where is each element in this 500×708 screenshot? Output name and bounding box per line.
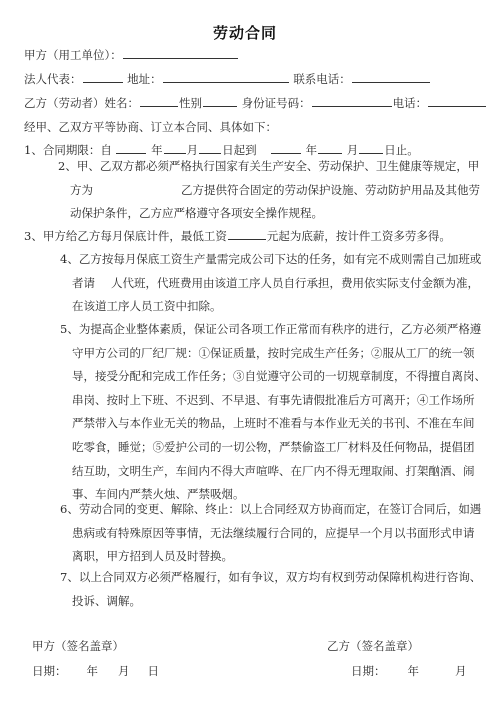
clause-4-line: 者请 (72, 276, 95, 290)
party-b-label: 乙方（劳动者）姓名： (24, 96, 139, 110)
clause-7: 7、以上合同双方必须严格履行，如有争议，双方均有权到劳动保障机构进行咨询、 投诉… (60, 566, 481, 613)
gender-field[interactable] (203, 95, 237, 107)
clause-3-prefix: 3、甲方给乙方每月保底计件，最低工资 (24, 229, 227, 243)
party-a-signature-label: 甲方（签名盖章） (32, 638, 124, 654)
party-b-phone-label: 电话： (393, 96, 428, 110)
legal-rep-line: 法人代表： 地址： 联系电话： (24, 71, 431, 87)
party-b-signature-label: 乙方（签名盖章） (327, 638, 419, 654)
intro-text: 经甲、乙双方平等协商、订立本合同、具体如下： (24, 119, 277, 135)
start-month-field[interactable] (164, 142, 186, 154)
start-year-field[interactable] (116, 142, 146, 154)
clause-2: 2、甲、乙双方都必须严格执行国家有关生产安全、劳动保护、卫生健康等规定，甲 方为… (58, 155, 480, 226)
party-a-month-label: 月 (118, 664, 130, 678)
clause-5-line: 5、为提高企业整体素质，保证公司各项工作正常而有秩序的进行，乙方必须严格遵 (60, 318, 486, 342)
party-b-line: 乙方（劳动者）姓名：性别 身份证号码：电话： (24, 95, 487, 111)
legal-rep-field[interactable] (83, 71, 123, 83)
clause-3-suffix: 元起为底薪，按计件工资多劳多得。 (267, 229, 451, 243)
clause-2-line: 2、甲、乙双方都必须严格执行国家有关生产安全、劳动保护、卫生健康等规定，甲 (58, 155, 480, 179)
id-number-label: 身份证号码： (242, 96, 311, 110)
party-b-month-label: 月 (455, 664, 467, 678)
clause-6-line: 患病或有特殊原因等事情，无法继续履行合同的，应提早一个月以书面形式申请 (60, 522, 481, 546)
clause-4-line: 人代班，代班费用由该道工序人员自行承担，费用依实际支付金额为准， (111, 276, 479, 290)
min-wage-field[interactable] (228, 228, 266, 240)
clause-5-line: 串岗、按时上下班、不迟到、不早退、有事先请假批准后方可离开；④工作场所 (60, 389, 486, 413)
party-a-name-field[interactable] (123, 47, 238, 59)
contract-page: 劳动合同 甲方（用工单位）： 法人代表： 地址： 联系电话： 乙方（劳动者）姓名… (0, 0, 500, 708)
id-number-field[interactable] (312, 95, 392, 107)
party-b-date-line[interactable]: 日期：年月 (351, 663, 467, 679)
clause-5-line: 严禁带入与本作业无关的物品，上班时不准看与本作业无关的书刊、不准在车间 (60, 412, 486, 436)
clause-2-line: 动保护条件，乙方应严格遵守各项安全操作规程。 (58, 202, 480, 226)
clause-7-line: 7、以上合同双方必须严格履行，如有争议，双方均有权到劳动保障机构进行咨询、 (60, 566, 481, 590)
clause-6: 6、劳动合同的变更、解除、终止：以上合同经双方协商而定，在签订合同后，如遇 患病… (60, 498, 481, 569)
clause-4: 4、乙方按每月保底工资生产量需完成公司下达的任务，如有完不成则需自己加班或 者请… (60, 248, 481, 319)
clause-4-line: 在该道工序人员工资中扣除。 (60, 295, 481, 319)
party-a-year-label: 年 (87, 664, 99, 678)
gender-label: 性别 (179, 96, 202, 110)
legal-rep-label: 法人代表： (24, 72, 82, 86)
clause-7-line: 投诉、调解。 (60, 590, 481, 614)
clause-5-line: 结互助，文明生产，车间内不得大声喧哗、在厂内不得无理取闹、打架酗酒、闹 (60, 460, 486, 484)
address-label: 地址： (127, 72, 162, 86)
clause-4-line: 4、乙方按每月保底工资生产量需完成公司下达的任务，如有完不成则需自己加班或 (60, 248, 481, 272)
address-field[interactable] (163, 71, 289, 83)
clause-5-line: 吃零食，睡觉；⑤爱护公司的一切公物，严禁偷盗工厂材料及任何物品，提倡团 (60, 436, 486, 460)
clause-3: 3、甲方给乙方每月保底计件，最低工资元起为底薪，按计件工资多劳多得。 (24, 228, 451, 244)
clause-5-line: 导，接受分配和完成工作任务；③自觉遵守公司的一切规章制度，不得擅自离岗、 (60, 365, 486, 389)
start-day-field[interactable] (199, 142, 221, 154)
party-a-date-line[interactable]: 日期：年月日 (32, 663, 159, 679)
clause-2-line: 乙方提供符合固定的劳动保护设施、劳动防护用品及其他劳 (181, 183, 480, 197)
party-a-line: 甲方（用工单位）： (24, 47, 239, 63)
clause-5: 5、为提高企业整体素质，保证公司各项工作正常而有秩序的进行，乙方必须严格遵 守甲… (60, 318, 486, 507)
party-b-date-label: 日期： (351, 664, 386, 678)
document-title: 劳动合同 (0, 22, 490, 43)
party-a-day-label: 日 (148, 664, 160, 678)
clause-6-line: 6、劳动合同的变更、解除、终止：以上合同经双方协商而定，在签订合同后，如遇 (60, 498, 481, 522)
contact-phone-label: 联系电话： (293, 72, 351, 86)
end-day-field[interactable] (359, 142, 383, 154)
end-year-field[interactable] (271, 142, 301, 154)
party-b-phone-field[interactable] (428, 95, 486, 107)
contact-phone-field[interactable] (352, 71, 430, 83)
clause-2-line: 方为 (70, 183, 93, 197)
party-a-date-label: 日期： (32, 664, 67, 678)
clause-5-line: 守甲方公司的厂纪厂规：①保证质量，按时完成生产任务；②服从工厂的统一领 (60, 342, 486, 366)
party-b-name-field[interactable] (140, 95, 178, 107)
party-b-year-label: 年 (408, 664, 420, 678)
end-month-field[interactable] (318, 142, 342, 154)
party-a-label: 甲方（用工单位）： (24, 48, 122, 62)
